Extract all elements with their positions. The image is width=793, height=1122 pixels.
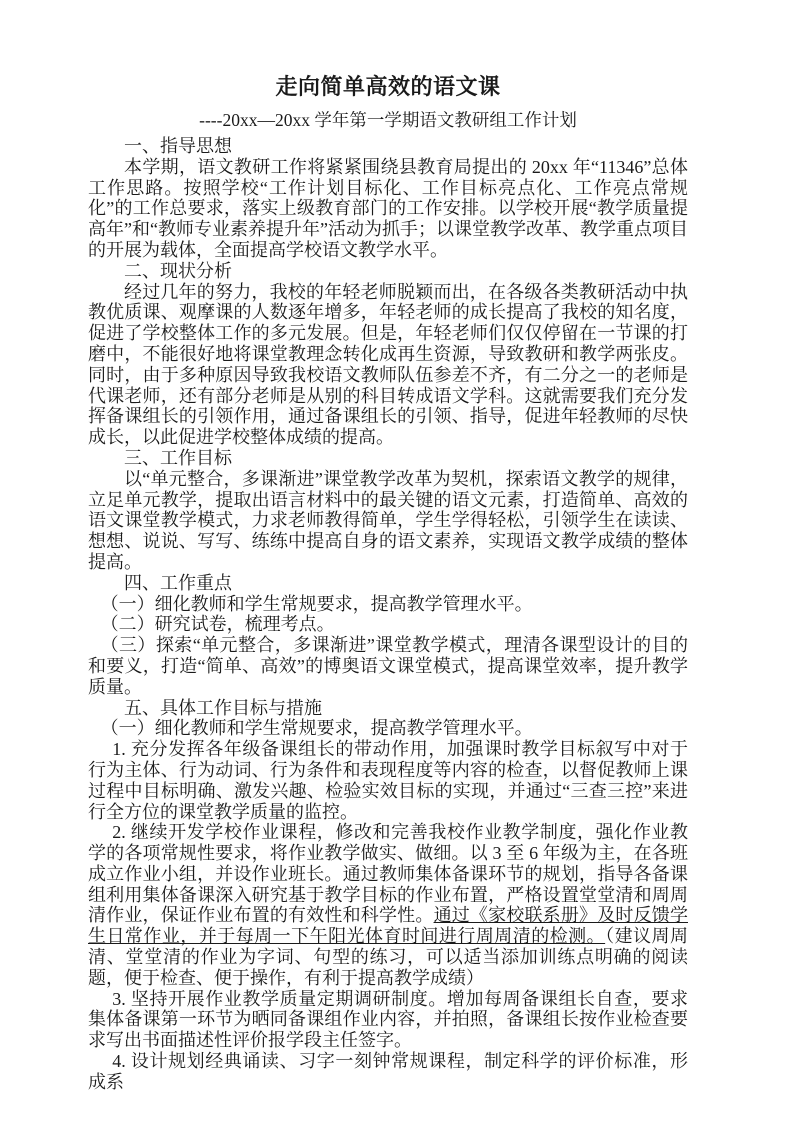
doc-subtitle: ----20xx—20xx 学年第一学期语文教研组工作计划: [88, 104, 688, 136]
section-heading-guiding-ideology: 一、指导思想: [88, 136, 688, 157]
measure-para-3: 3. 坚持开展作业教学质量定期调研制度。增加每周备课组长自查，要求集体备课第一环…: [88, 989, 688, 1051]
para-status-analysis: 经过几年的努力，我校的年轻老师脱颖而出，在各级各类教研活动中执教优质课、观摩课的…: [88, 282, 688, 448]
section-heading-status-analysis: 二、现状分析: [88, 261, 688, 282]
measure-group-1: （一）细化教师和学生常规要求，提高教学管理水平。: [88, 718, 688, 739]
para-guiding-ideology: 本学期，语文教研工作将紧紧围绕县教育局提出的 20xx 年“11346”总体工作…: [88, 157, 688, 261]
para-work-goals: 以“单元整合，多课渐进”课堂教学改革为契机，探索语文教学的规律，立足单元教学，提…: [88, 469, 688, 573]
doc-title: 走向简单高效的语文课: [88, 70, 688, 104]
work-priority-item-1: （一）细化教师和学生常规要求，提高教学管理水平。: [88, 594, 688, 615]
work-priority-item-2: （二）研究试卷，梳理考点。: [88, 614, 688, 635]
measure-para-2: 2. 继续开发学校作业课程，修改和完善我校作业教学制度，强化作业教学的各项常规性…: [88, 822, 688, 988]
work-priority-item-3: （三）探索“单元整合，多课渐进”课堂教学模式，理清各课型设计的目的和要义，打造“…: [88, 635, 688, 697]
section-heading-work-priorities: 四、工作重点: [88, 573, 688, 594]
measure-para-4: 4. 设计规划经典诵读、习字一刻钟常规课程，制定科学的评价标准，形成系: [88, 1051, 688, 1093]
section-heading-work-goals: 三、工作目标: [88, 448, 688, 469]
measure-para-1: 1. 充分发挥各年级备课组长的带动作用，加强课时教学目标叙写中对于行为主体、行为…: [88, 739, 688, 822]
document-page: 走向简单高效的语文课 ----20xx—20xx 学年第一学期语文教研组工作计划…: [0, 0, 793, 1122]
section-heading-specific-measures: 五、具体工作目标与措施: [88, 698, 688, 719]
